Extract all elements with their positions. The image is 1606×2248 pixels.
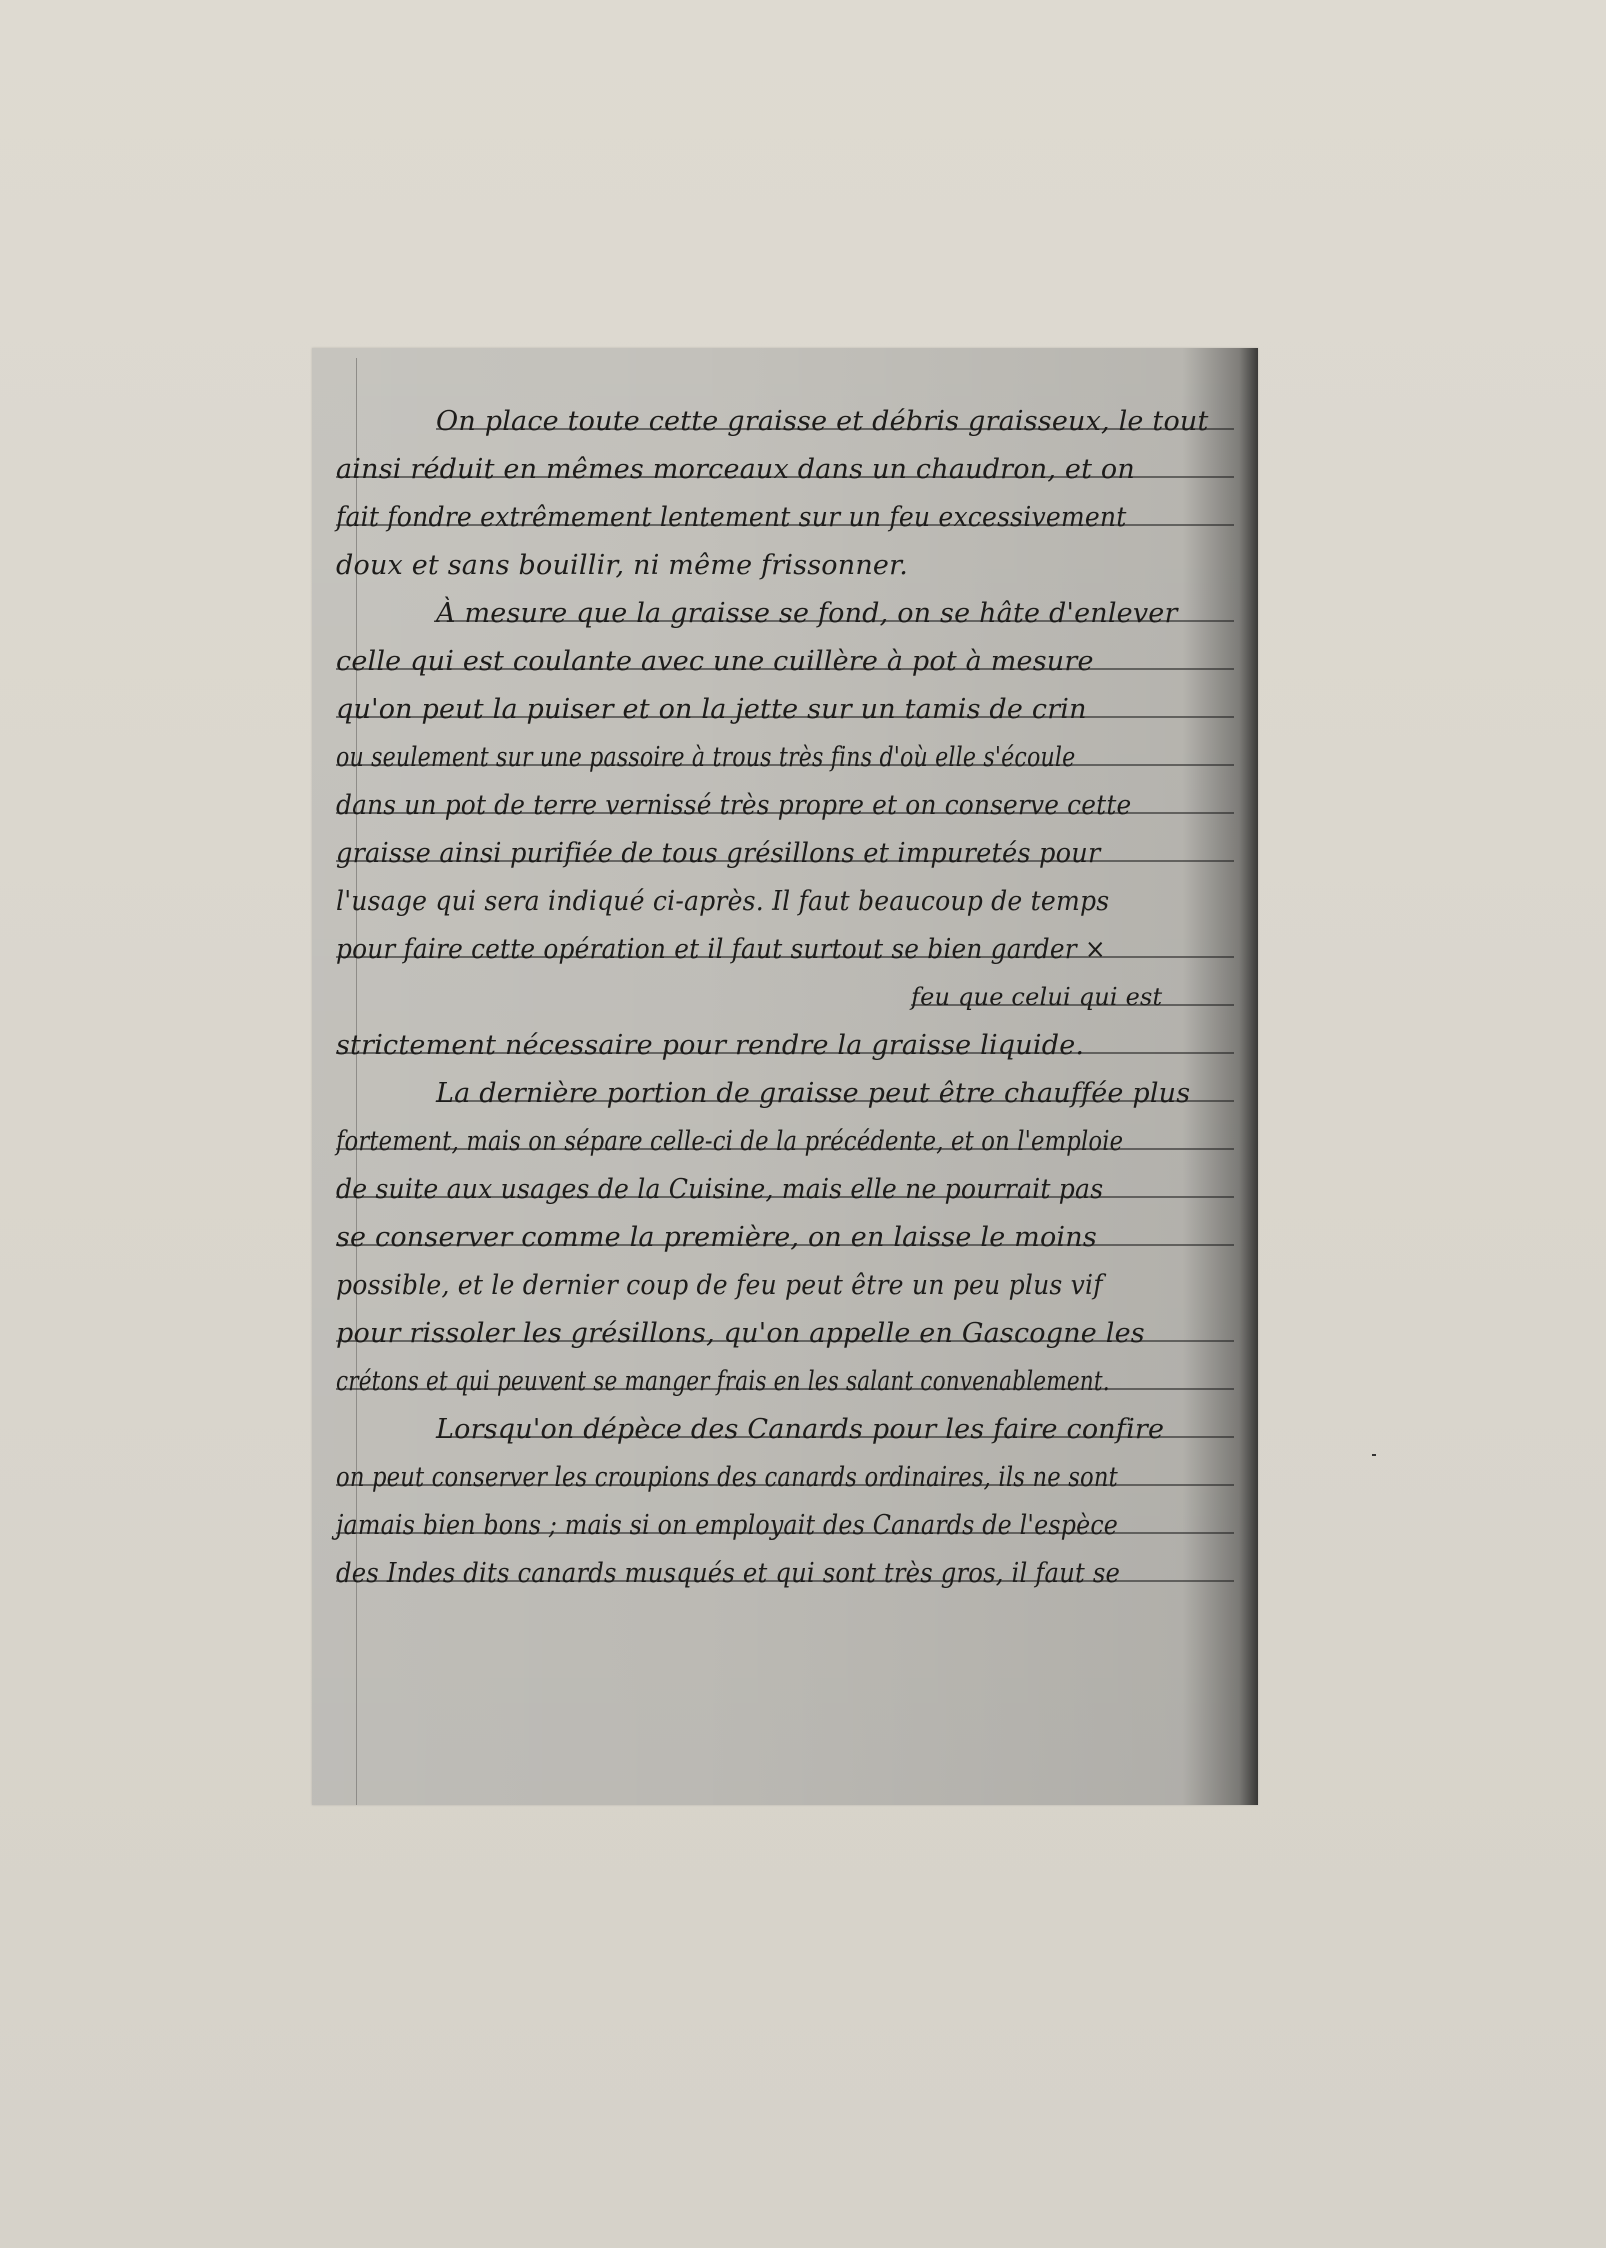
manuscript-text: On place toute cette graisse et débris g… <box>336 398 1234 1598</box>
text-line: fait fondre extrêmement lentement sur un… <box>336 494 1234 542</box>
text-line: des Indes dits canards musqués et qui so… <box>336 1550 1234 1598</box>
text-line: possible, et le dernier coup de feu peut… <box>336 1262 1234 1310</box>
text-line: jamais bien bons ; mais si on employait … <box>336 1502 1234 1550</box>
text-line: crétons et qui peuvent se manger frais e… <box>336 1358 1234 1406</box>
text-line: ainsi réduit en mêmes morceaux dans un c… <box>336 446 1234 494</box>
text-line: À mesure que la graisse se fond, on se h… <box>336 590 1234 638</box>
text-line: pour faire cette opération et il faut su… <box>336 926 1234 974</box>
manuscript-photo: On place toute cette graisse et débris g… <box>312 348 1258 1805</box>
marginal-insertion: feu que celui qui est <box>336 974 1234 1022</box>
text-line: dans un pot de terre vernissé très propr… <box>336 782 1234 830</box>
text-line: on peut conserver les croupions des cana… <box>336 1454 1234 1502</box>
text-line: fortement, mais on sépare celle-ci de la… <box>336 1118 1234 1166</box>
text-line: strictement nécessaire pour rendre la gr… <box>336 1022 1234 1070</box>
text-line: qu'on peut la puiser et on la jette sur … <box>336 686 1234 734</box>
text-line: La dernière portion de graisse peut être… <box>336 1070 1234 1118</box>
text-line: se conserver comme la première, on en la… <box>336 1214 1234 1262</box>
text-line: pour rissoler les grésillons, qu'on appe… <box>336 1310 1234 1358</box>
text-line: On place toute cette graisse et débris g… <box>336 398 1234 446</box>
text-line: l'usage qui sera indiqué ci-après. Il fa… <box>336 878 1234 926</box>
text-line: de suite aux usages de la Cuisine, mais … <box>336 1166 1234 1214</box>
text-line: celle qui est coulante avec une cuillère… <box>336 638 1234 686</box>
text-line: ou seulement sur une passoire à trous tr… <box>336 734 1234 782</box>
stray-ink-mark <box>1372 1454 1376 1456</box>
text-line: doux et sans bouillir, ni même frissonne… <box>336 542 1234 590</box>
text-line: graisse ainsi purifiée de tous grésillon… <box>336 830 1234 878</box>
text-line: Lorsqu'on dépèce des Canards pour les fa… <box>336 1406 1234 1454</box>
